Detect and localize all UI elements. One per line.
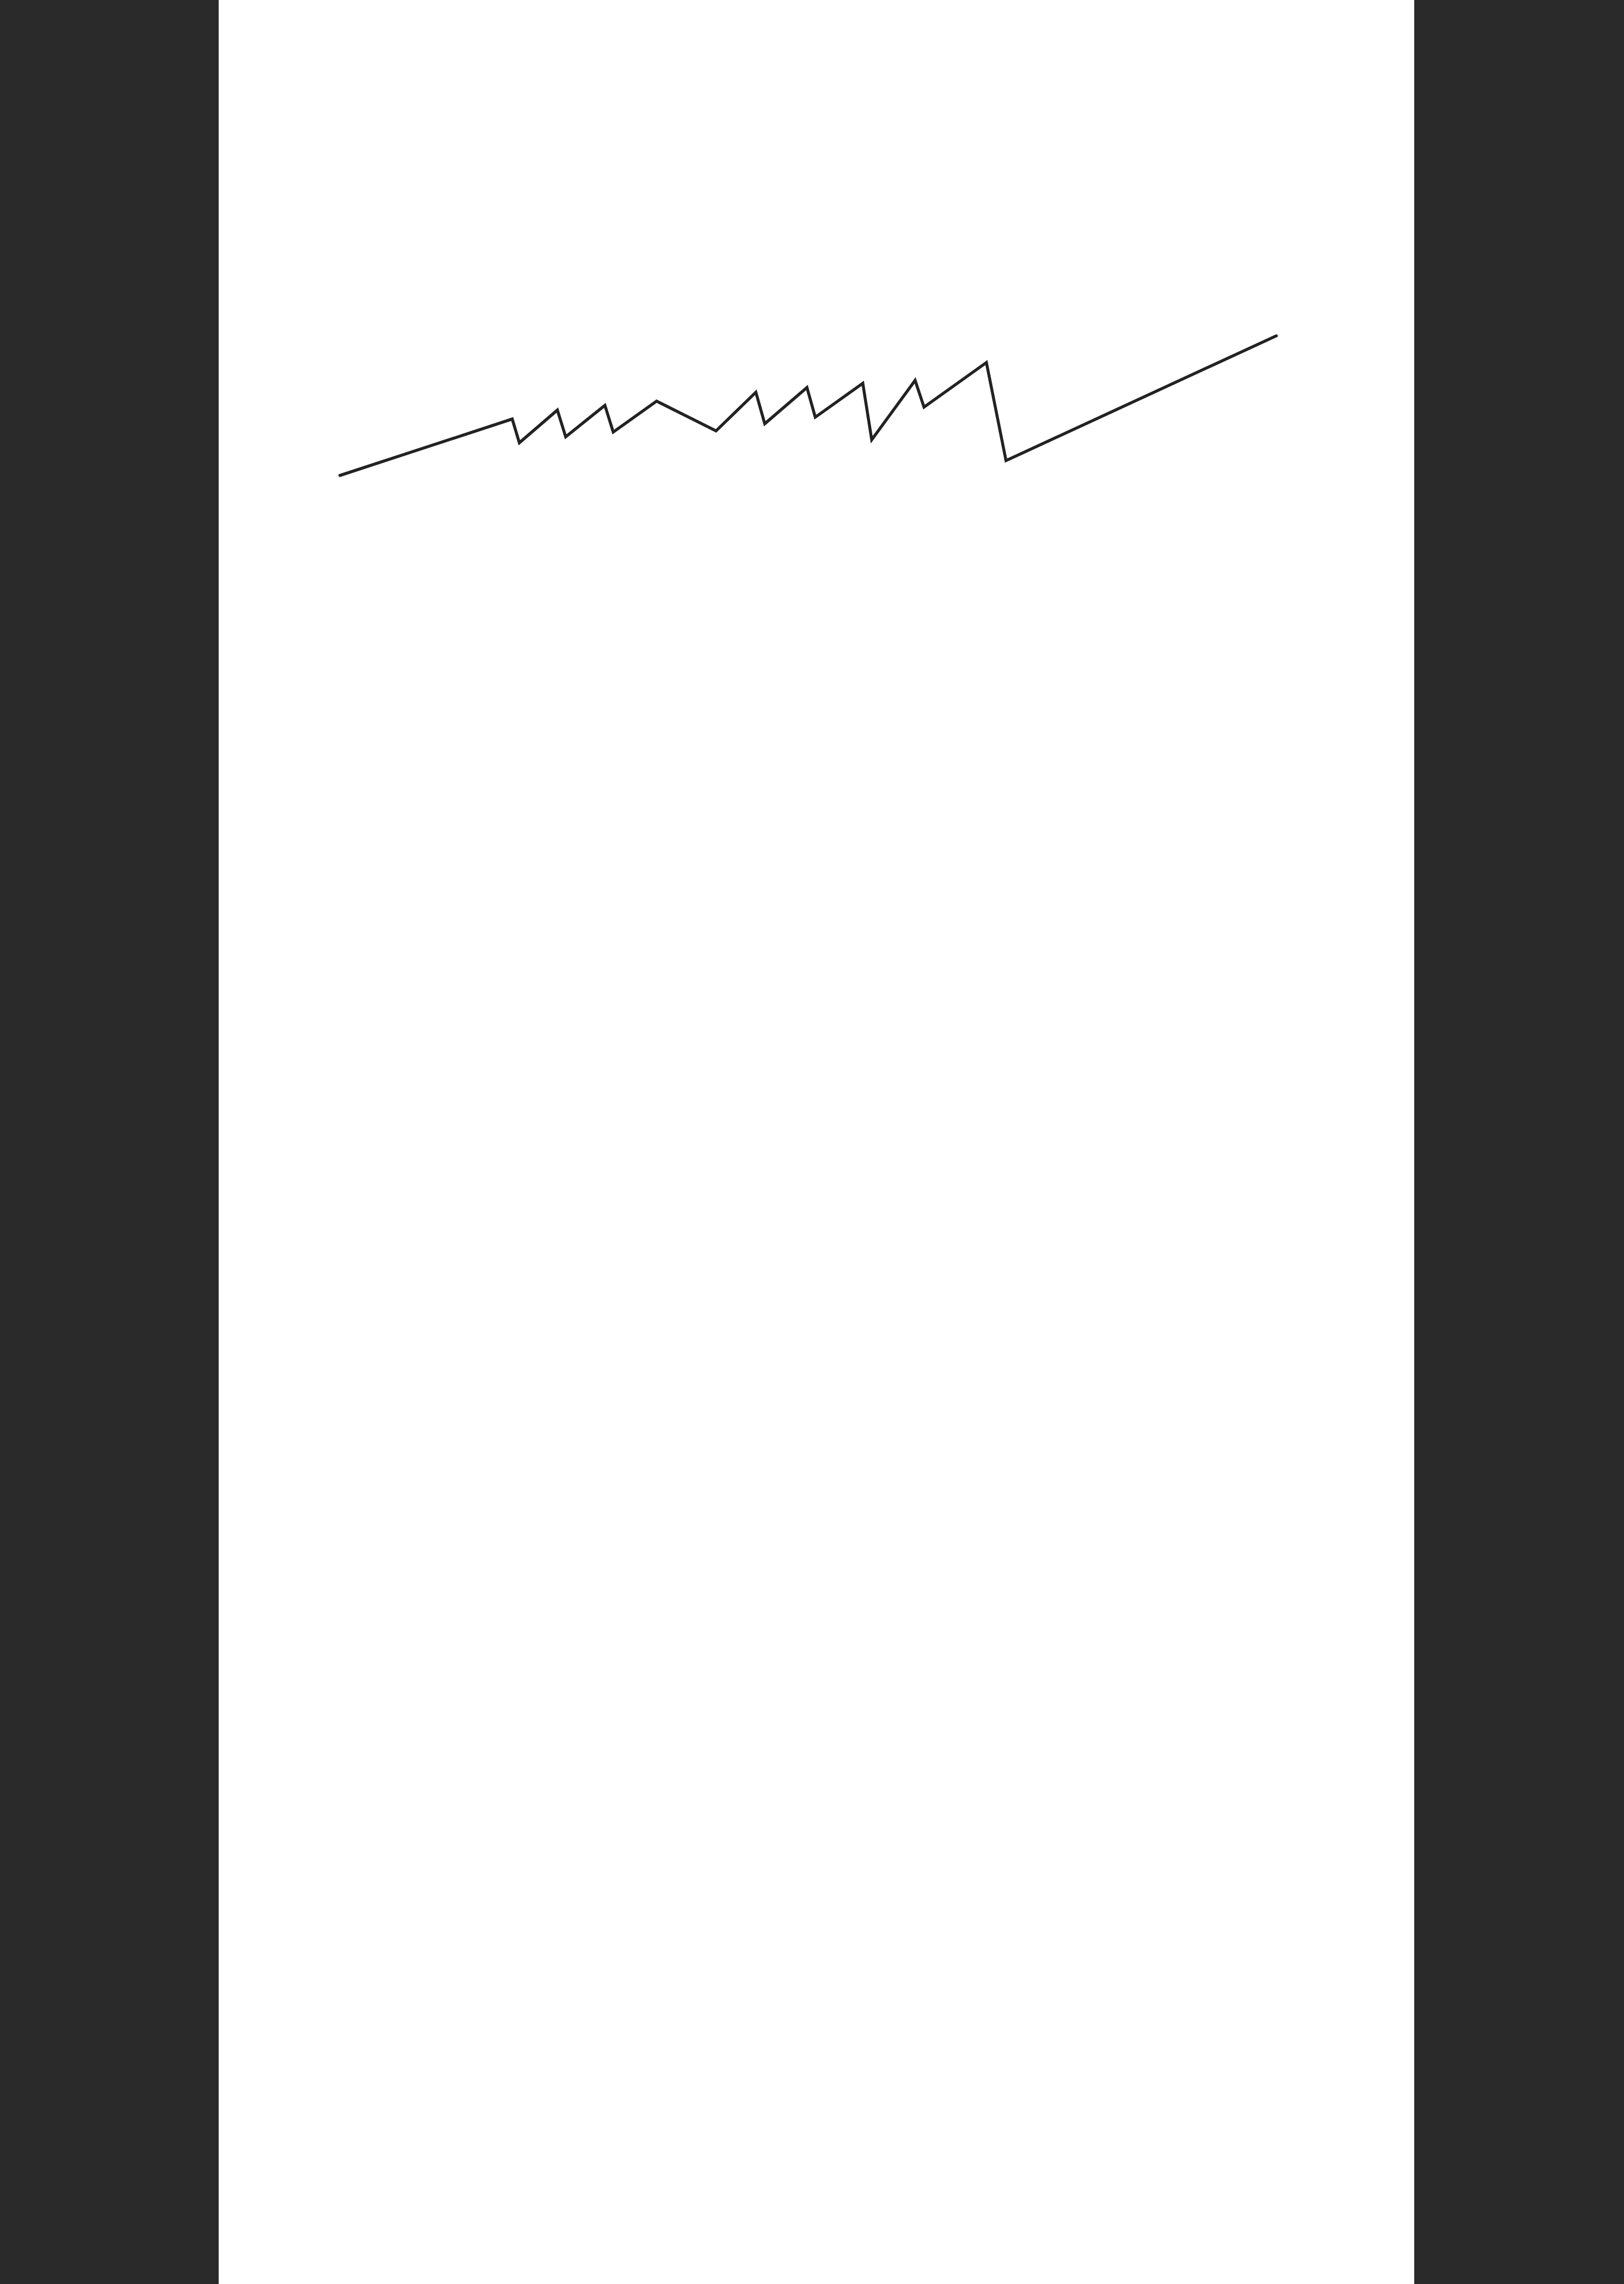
film-strip-right <box>1414 0 1624 2284</box>
film-strip-left <box>0 0 219 2284</box>
title-underline-squiggle-icon <box>324 330 1298 484</box>
scanned-instruction-page: { "document": { "title": "變身照相機使用說明書", "… <box>0 0 1624 2284</box>
